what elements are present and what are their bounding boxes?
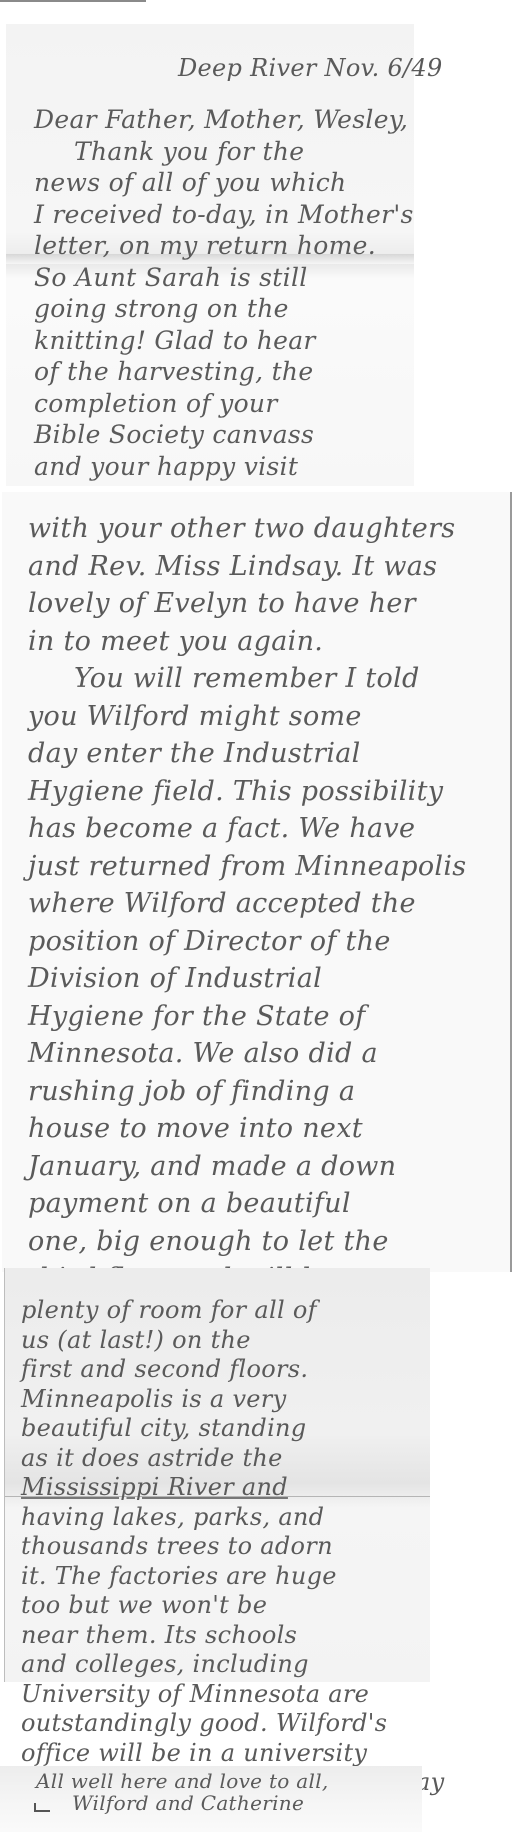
text-line: Thank you for the <box>34 136 414 168</box>
signature: Wilford and Catherine <box>36 1792 329 1814</box>
text-line: you Wilford might some <box>28 698 466 736</box>
letter-closing-strip: All well here and love to all, Wilford a… <box>0 1766 422 1832</box>
text-line: us (at last!) on the <box>21 1326 444 1356</box>
text-line: and colleges, including <box>21 1650 444 1680</box>
page-1-text: Dear Father, Mother, Wesley, Thank you f… <box>34 104 414 482</box>
closing-text: All well here and love to all, Wilford a… <box>36 1770 329 1814</box>
text-line: where Wilford accepted the <box>28 885 466 923</box>
dateline: Deep River Nov. 6/49 <box>178 54 443 82</box>
text-line: just returned from Minneapolis <box>28 848 466 886</box>
text-line: payment on a beautiful <box>28 1185 466 1223</box>
text-line: University of Minnesota are <box>21 1680 444 1710</box>
text-line: day enter the Industrial <box>28 735 466 773</box>
text-line: letter, on my return home. <box>34 230 414 262</box>
text-line: Hygiene field. This possibility <box>28 773 466 811</box>
salutation: Dear Father, Mother, Wesley, <box>34 104 414 136</box>
text-line: office will be in a university <box>21 1739 444 1769</box>
letter-page-1: Deep River Nov. 6/49 Dear Father, Mother… <box>6 24 414 486</box>
text-line: of the harvesting, the <box>34 356 414 388</box>
text-line: and Rev. Miss Lindsay. It was <box>28 548 466 586</box>
text-line: rushing job of finding a <box>28 1073 466 1111</box>
text-line: in to meet you again. <box>28 623 466 661</box>
page-2-text: with your other two daughters and Rev. M… <box>28 510 466 1298</box>
text-line: has become a fact. We have <box>28 810 466 848</box>
text-line: thousands trees to adorn <box>21 1532 444 1562</box>
text-line: near them. Its schools <box>21 1621 444 1651</box>
text-line: position of Director of the <box>28 923 466 961</box>
text-line: news of all of you which <box>34 167 414 199</box>
text-line: as it does astride the <box>21 1444 444 1474</box>
text-line: and your happy visit <box>34 451 414 483</box>
text-line: completion of your <box>34 388 414 420</box>
page-3-text: plenty of room for all of us (at last!) … <box>21 1296 444 1816</box>
text-line: knitting! Glad to hear <box>34 325 414 357</box>
text-line: You will remember I told <box>28 660 466 698</box>
text-line: So Aunt Sarah is still <box>34 262 414 294</box>
letter-page-2: with your other two daughters and Rev. M… <box>2 492 512 1272</box>
letter-page-3: plenty of room for all of us (at last!) … <box>4 1268 430 1682</box>
text-line: having lakes, parks, and <box>21 1503 444 1533</box>
text-line: house to move into next <box>28 1110 466 1148</box>
text-line: first and second floors. <box>21 1355 444 1385</box>
text-line: Division of Industrial <box>28 960 466 998</box>
scan-edge-line <box>0 0 146 2</box>
text-line: plenty of room for all of <box>21 1296 444 1326</box>
text-line: outstandingly good. Wilford's <box>21 1709 444 1739</box>
text-line: one, big enough to let the <box>28 1223 466 1261</box>
text-line: Hygiene for the State of <box>28 998 466 1036</box>
text-line: lovely of Evelyn to have her <box>28 585 466 623</box>
text-line: January, and made a down <box>28 1148 466 1186</box>
text-line: Bible Society canvass <box>34 419 414 451</box>
text-line: too but we won't be <box>21 1591 444 1621</box>
text-line: Minnesota. We also did a <box>28 1035 466 1073</box>
text-line: Minneapolis is a very <box>21 1385 444 1415</box>
text-line: going strong on the <box>34 293 414 325</box>
closing-line: All well here and love to all, <box>36 1770 329 1792</box>
text-line: with your other two daughters <box>28 510 466 548</box>
text-line: it. The factories are huge <box>21 1562 444 1592</box>
text-line: beautiful city, standing <box>21 1414 444 1444</box>
text-line: I received to-day, in Mother's <box>34 199 414 231</box>
text-line: Mississippi River and <box>21 1473 444 1503</box>
